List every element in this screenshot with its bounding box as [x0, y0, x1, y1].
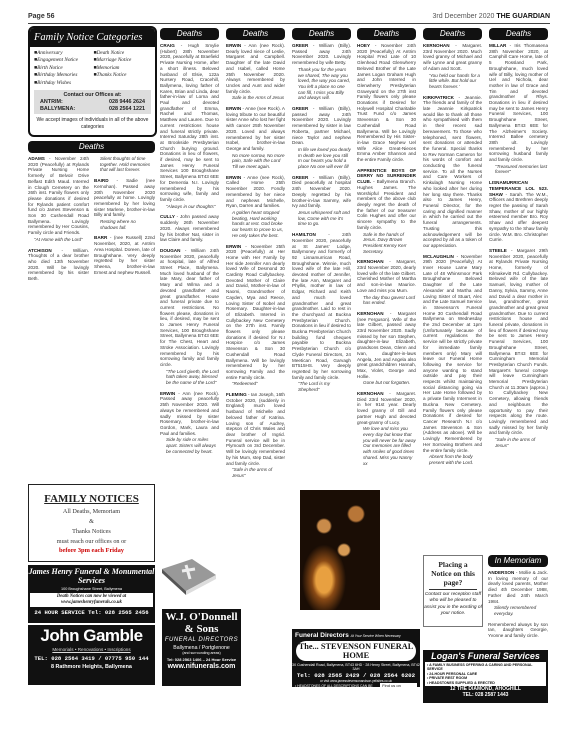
death-notice: KERNOHAN - Margaret (nee Ferguson). Wife… — [357, 311, 416, 386]
death-notice: ERWIN - November 25th 2020 (Peacefully) … — [226, 244, 285, 388]
death-notice: GREER - William (Billy). Passed away 24t… — [292, 43, 351, 101]
deaths-column-7: Deaths MILLAR - Iris Thomasena 28th Nove… — [489, 28, 548, 550]
death-notice: KERNOHAN - Margaret, 23rd November 2020,… — [357, 259, 416, 306]
deaths-column-2: Deaths CRAIG - Hugh Smylie (Hubert) 28th… — [160, 28, 219, 548]
death-notice: DOUGAN - William 24th November 2020, pea… — [160, 248, 219, 386]
page-header: Page 56 3rd December 2020 THE GUARDIAN — [28, 10, 550, 24]
antrim-phone: 028 9446 2624 — [109, 99, 145, 106]
category-item: Thanks Notice — [94, 72, 152, 79]
family-notice-categories-box: Family Notice Categories Anniversary Dea… — [28, 26, 157, 137]
thanks-notice: KIRKPATRICK - Jeannie. The friends and f… — [423, 95, 482, 249]
in-memoriam-section: In Memoriam ANDERSON - Mollie & Jack. In… — [488, 555, 548, 639]
category-item: Engagement Notice — [34, 57, 92, 64]
death-notice: GREER - William (Billy), passed away 24t… — [292, 106, 351, 170]
lodge-notice: LISNAMURRICAN TEMPERANCE LOL 523. SHAW -… — [489, 180, 548, 243]
death-notice: CULLY - John passed away suddenly 26th N… — [160, 214, 219, 243]
deaths-heading: Deaths — [292, 28, 351, 40]
categories-title: Family Notice Categories — [30, 28, 155, 47]
death-notice: ERWIN - Anne (nee Rock). A loving tribut… — [226, 106, 285, 170]
death-notice: ADAMS - November 24th 2020 (Peacefully) … — [28, 156, 89, 243]
category-item: Death Notice — [94, 50, 152, 57]
ballymena-phone: 028 2564 1221 — [109, 106, 145, 113]
facebook-icon: Find us on Facebook — [380, 683, 417, 687]
deaths-column-4: Deaths GREER - William (Billy). Passed a… — [292, 28, 351, 488]
deaths-heading: Deaths — [489, 28, 548, 40]
categories-list: Anniversary Death Notice Engagement Noti… — [30, 47, 155, 90]
category-item: Birthday Wishes — [34, 80, 92, 87]
wj-odonnell-ad: W.J. O'Donnell & Sons FUNERAL DIRECTORS … — [162, 609, 241, 686]
stevenson-funeral-home-ad: Funeral Directors At Your Service When N… — [292, 629, 420, 687]
death-notice: ERWIN - Ann (nee Rock). Dearly loved nie… — [226, 43, 285, 101]
death-notice: FLEMING - Ian Joseph, 16th October 2020,… — [226, 392, 285, 479]
death-notice: MILLAR - Iris Thomasena 28th November 20… — [489, 43, 548, 175]
death-notice: MCLAUGHLIN - November 29th 2020 (Peacefu… — [423, 254, 482, 466]
death-notice: STEELE - Margaret 29th November 2020, pe… — [489, 248, 548, 449]
bible-icon — [158, 555, 218, 595]
death-notice: APPRENTICE BOYS OF DERRY NO SURRENDER CL… — [357, 168, 416, 255]
deaths-heading: Deaths — [423, 28, 482, 40]
page-date: 3rd December 2020 THE GUARDIAN — [433, 13, 551, 20]
placing-notice-box: Placing a Notice on this page? Contact o… — [423, 555, 483, 627]
death-notice: GREER - William (Billy). Died peacefully… — [292, 175, 351, 227]
deaths-heading: Deaths — [160, 28, 219, 40]
deaths-heading: Deaths — [226, 28, 285, 40]
candle-image — [300, 490, 380, 610]
death-notice: KERNOHAN - Margaret. Died 23rd November … — [357, 391, 416, 466]
deaths-column-6: Deaths KERNOHAN - Margaret. 23rd Novembe… — [423, 28, 482, 553]
death-notice: BAIRD - Sadie (nee Kernohan). Passed awa… — [94, 178, 155, 230]
category-item: Memoriam — [94, 65, 152, 72]
death-notice: HOEY - November 24th 2020 (Peacefully) A… — [357, 43, 416, 163]
deaths-column-3: Deaths ERWIN - Ann (nee Rock). Dearly lo… — [226, 28, 285, 603]
deaths-column-1: Deaths ADAMS - November 24th 2020 (Peace… — [28, 141, 155, 282]
james-henry-ad: James Henry Funeral & Monumental Service… — [28, 565, 155, 623]
deadline-text: before 3pm each Friday — [29, 547, 154, 554]
death-notice: HAMILTON - 24th November 2020, peacefull… — [292, 232, 351, 393]
accept-images-text: We accept images of individuals in all o… — [30, 114, 155, 133]
category-item: Birthday Memories — [34, 72, 92, 79]
category-item: Marriage Notice — [94, 57, 152, 64]
death-notice: CRAIG - Hugh Smylie (Hubert) 28th Novemb… — [160, 43, 219, 209]
deaths-heading: Deaths — [28, 141, 155, 153]
death-notice: BARR - (nee Russell) 22nd November, 2020… — [94, 235, 155, 275]
category-item: Anniversary — [34, 50, 92, 57]
contact-offices: Contact our Offices at: ANTRIM:028 9446 … — [34, 90, 151, 114]
death-notice: ERWIN - Anne (nee Rock), Called Home 25t… — [226, 175, 285, 239]
in-memoriam-heading: In Memoriam — [488, 555, 548, 567]
category-item: Birth Notice — [34, 65, 92, 72]
memoriam-notice: ANDERSON - Mollie & Jack. In loving memo… — [488, 570, 548, 617]
page-number: Page 56 — [28, 13, 54, 20]
death-notice: KERNOHAN - Margaret. 23rd November 2020.… — [423, 43, 482, 90]
family-notices-deadline-box: FAMILY NOTICES All Deaths, Memoriam & Th… — [28, 484, 155, 562]
deaths-heading: Deaths — [357, 28, 416, 40]
logans-funeral-services-ad: Logan's Funeral Services • A FAMILY BUSI… — [423, 650, 548, 703]
john-gamble-ad: John Gamble Memorials • Renovations • In… — [28, 625, 155, 685]
death-notice: ERWIN - Ann (nee Rock). Passed away peac… — [160, 391, 219, 455]
